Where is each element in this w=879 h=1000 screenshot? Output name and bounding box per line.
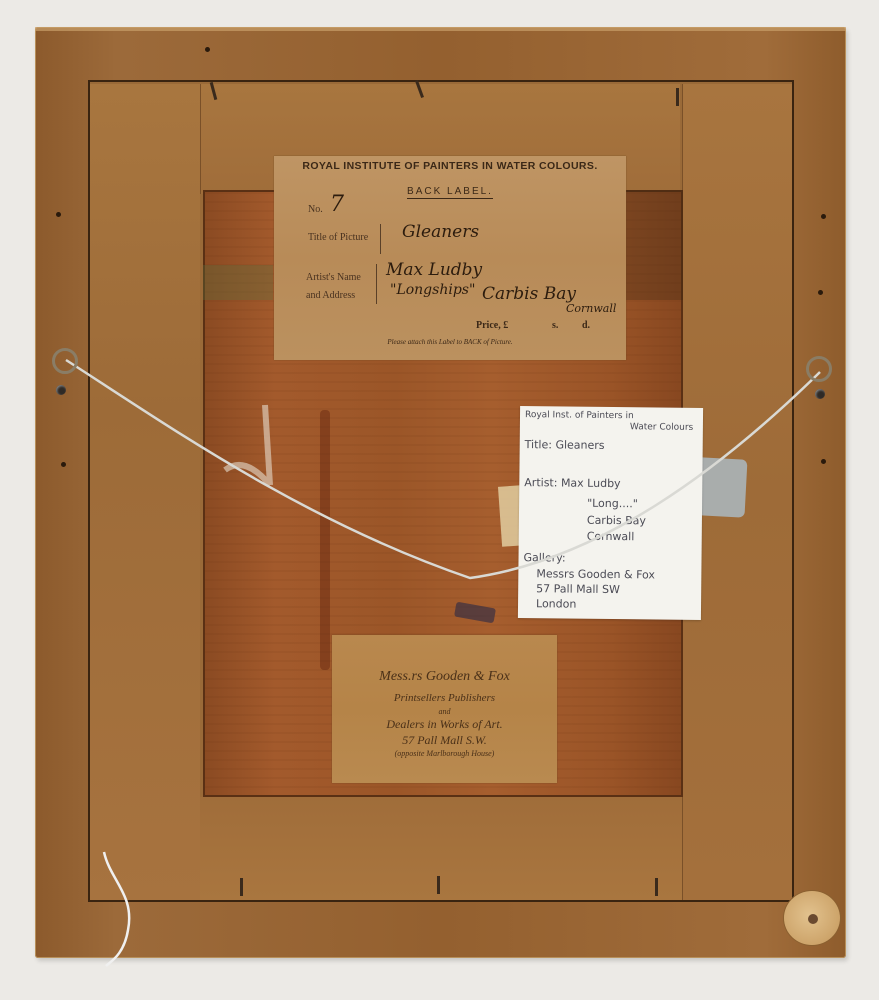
nail xyxy=(240,878,243,896)
hole xyxy=(821,459,826,464)
eye-hook-left xyxy=(52,348,78,374)
eye-hook-right xyxy=(806,356,832,382)
hole xyxy=(205,47,210,52)
nail xyxy=(655,878,658,896)
hole xyxy=(821,214,826,219)
screw xyxy=(808,914,818,924)
hole xyxy=(818,290,823,295)
screw xyxy=(815,389,825,399)
hole xyxy=(61,462,66,467)
nail xyxy=(437,876,440,894)
hole xyxy=(56,212,61,217)
hanging-wire xyxy=(0,0,879,1000)
nail xyxy=(676,88,679,106)
screw xyxy=(56,385,66,395)
